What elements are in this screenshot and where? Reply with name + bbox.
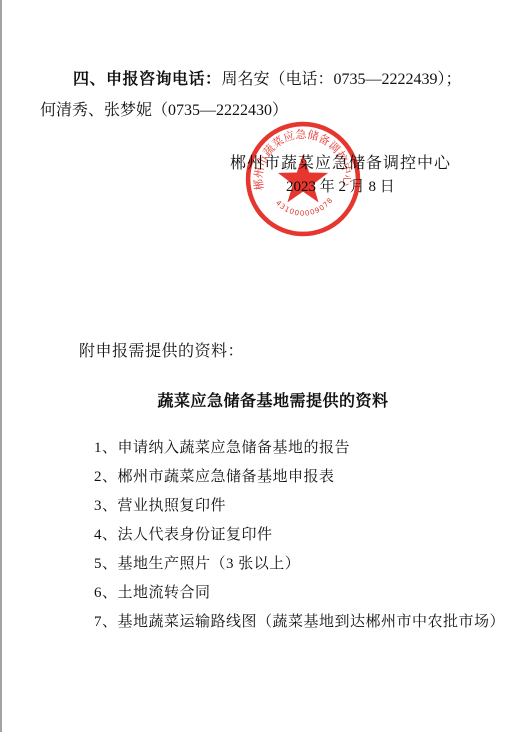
contact-phone-2: 何清秀、张梦妮（0735—2222430） [40, 102, 288, 119]
official-seal: 郴州市蔬菜应急储备调控中心 4310000090781 [244, 120, 362, 238]
attachment-note: 附申报需提供的资料： [79, 338, 244, 361]
contact-label: 四、申报咨询电话： [73, 71, 222, 88]
attachment-list-title: 蔬菜应急储备基地需提供的资料 [40, 388, 480, 411]
list-item: 5、基地生产照片（3 张以上） [94, 550, 494, 579]
seal-star-icon [278, 155, 328, 203]
contact-phone-1: 周名安（电话：0735—2222439）； [222, 71, 462, 88]
list-item: 7、基地蔬菜运输路线图（蔬菜基地到达郴州市中农批市场） [94, 608, 494, 637]
contact-paragraph: 四、申报咨询电话：周名安（电话：0735—2222439）； 何清秀、张梦妮（0… [40, 64, 485, 126]
page-left-edge [0, 0, 2, 732]
required-materials-list: 1、申请纳入蔬菜应急储备基地的报告 2、郴州市蔬菜应急储备基地申报表 3、营业执… [94, 434, 494, 637]
list-item: 2、郴州市蔬菜应急储备基地申报表 [94, 463, 494, 492]
list-item: 6、土地流转合同 [94, 579, 494, 608]
list-item: 4、法人代表身份证复印件 [94, 521, 494, 550]
document-page: 四、申报咨询电话：周名安（电话：0735—2222439）； 何清秀、张梦妮（0… [0, 0, 520, 732]
list-item: 1、申请纳入蔬菜应急储备基地的报告 [94, 434, 494, 463]
list-item: 3、营业执照复印件 [94, 492, 494, 521]
